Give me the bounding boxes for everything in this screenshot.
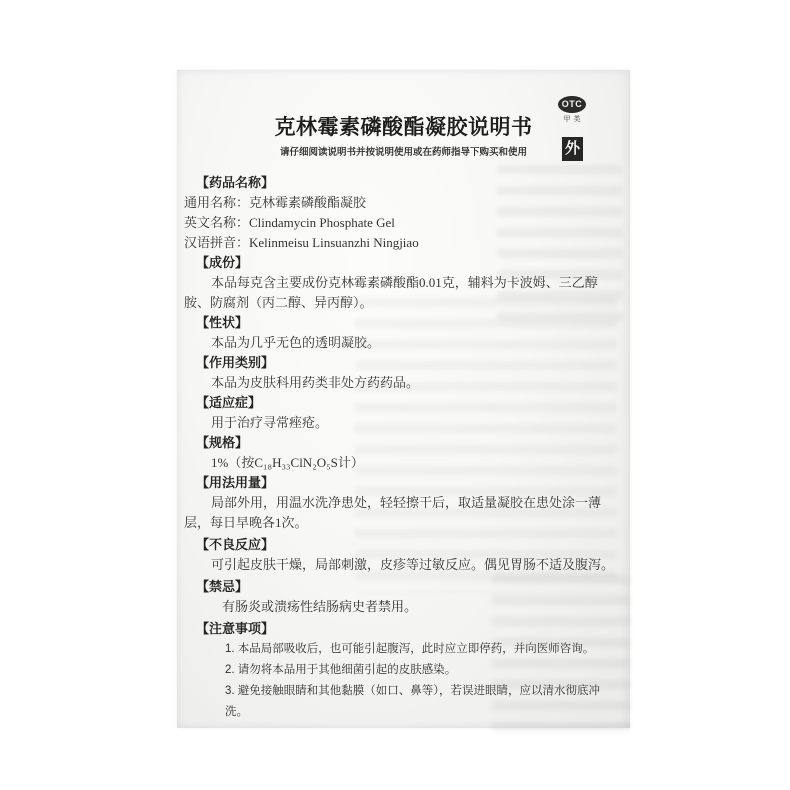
- section-precautions: 【注意事项】 1. 本品局部吸收后，也可能引起腹泻，此时应立即停药，并向医师咨询…: [184, 619, 620, 723]
- section-adverse-reactions: 【不良反应】 可引起皮肤干燥，局部刺激，皮疹等过敏反应。偶见胃肠不适及腹泻。: [184, 535, 620, 575]
- english-name-line: 英文名称：Clindamycin Phosphate Gel: [184, 213, 620, 233]
- section-drug-name: 【药品名称】 通用名称：克林霉素磷酸酯凝胶 英文名称：Clindamycin P…: [184, 173, 620, 253]
- section-header: 【规格】: [184, 433, 620, 453]
- strength-formula: 1%（按C₁₈H₃₃ClN₂O₅S计）: [184, 453, 620, 473]
- otc-logo: OTC: [558, 96, 586, 113]
- instruction-sheet: OTC 甲类 外 克林霉素磷酸酯凝胶说明书 请仔细阅读说明书并按说明使用或在药师…: [177, 70, 630, 728]
- external-use-character: 外: [565, 140, 580, 157]
- section-header: 【药品名称】: [184, 173, 620, 193]
- section-indications: 【适应症】 用于治疗寻常痤疮。: [184, 393, 620, 433]
- section-paragraph: 可引起皮肤干燥，局部刺激，皮疹等过敏反应。偶见胃肠不适及腹泻。: [184, 555, 620, 575]
- section-header: 【作用类别】: [184, 353, 620, 373]
- document-body: 【药品名称】 通用名称：克林霉素磷酸酯凝胶 英文名称：Clindamycin P…: [184, 173, 620, 723]
- section-description: 【性状】 本品为几乎无色的透明凝胶。: [184, 313, 620, 353]
- section-header: 【适应症】: [184, 393, 620, 413]
- section-paragraph: 局部外用，用温水洗净患处，轻轻擦干后，取适量凝胶在患处涂一薄层，每日早晚各1次。: [184, 493, 620, 533]
- precaution-item: 2. 请勿将本品用于其他细菌引起的皮肤感染。: [184, 660, 620, 681]
- section-header: 【注意事项】: [184, 619, 620, 639]
- section-paragraph: 有肠炎或溃疡性结肠病史者禁用。: [184, 597, 620, 617]
- otc-badge: OTC 甲类: [554, 96, 590, 124]
- pinyin-name-line: 汉语拼音：Kelinmeisu Linsuanzhi Ningjiao: [184, 233, 620, 253]
- section-category: 【作用类别】 本品为皮肤科用药类非处方药药品。: [184, 353, 620, 393]
- section-paragraph: 用于治疗寻常痤疮。: [184, 413, 620, 433]
- section-paragraph: 本品为几乎无色的透明凝胶。: [184, 333, 620, 353]
- section-paragraph: 本品每克含主要成份克林霉素磷酸酯0.01克，辅料为卡波姆、三乙醇胺、防腐剂（丙二…: [184, 273, 620, 313]
- section-header: 【成份】: [184, 253, 620, 273]
- generic-name-line: 通用名称：克林霉素磷酸酯凝胶: [184, 193, 620, 213]
- section-header: 【性状】: [184, 313, 620, 333]
- precaution-item: 1. 本品局部吸收后，也可能引起腹泻，此时应立即停药，并向医师咨询。: [184, 639, 620, 660]
- section-ingredients: 【成份】 本品每克含主要成份克林霉素磷酸酯0.01克，辅料为卡波姆、三乙醇胺、防…: [184, 253, 620, 313]
- section-header: 【不良反应】: [184, 535, 620, 555]
- external-use-mark: 外: [562, 137, 583, 161]
- section-dosage: 【用法用量】 局部外用，用温水洗净患处，轻轻擦干后，取适量凝胶在患处涂一薄层，每…: [184, 473, 620, 533]
- section-header: 【用法用量】: [184, 473, 620, 493]
- otc-logo-text: OTC: [562, 99, 583, 109]
- section-paragraph: 本品为皮肤科用药类非处方药药品。: [184, 373, 620, 393]
- otc-class-label: 甲类: [554, 114, 590, 124]
- precaution-item: 3. 避免接触眼睛和其他黏膜（如口、鼻等），若误进眼睛，应以清水彻底冲洗。: [184, 681, 620, 723]
- section-strength: 【规格】 1%（按C₁₈H₃₃ClN₂O₅S计）: [184, 433, 620, 473]
- section-header: 【禁忌】: [184, 577, 620, 597]
- section-contraindications: 【禁忌】 有肠炎或溃疡性结肠病史者禁用。: [184, 577, 620, 617]
